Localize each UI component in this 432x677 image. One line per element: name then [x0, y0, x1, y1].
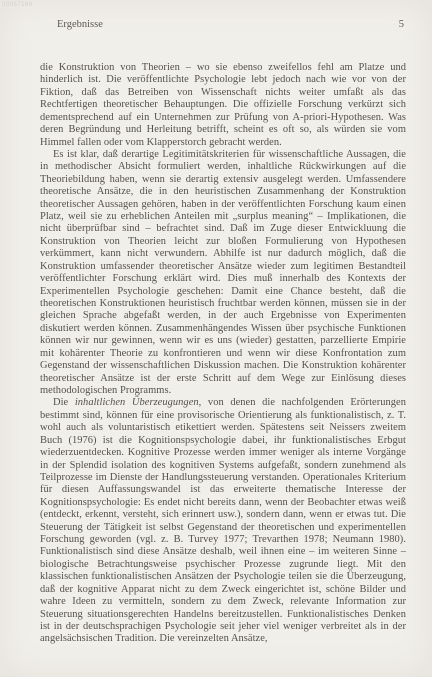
paragraph: die Konstruktion von Theorien – wo sie e… [40, 62, 406, 149]
paragraph-text: die Konstruktion von Theorien – wo sie e… [40, 62, 406, 148]
book-page: 00057186 Ergebnisse 5 die Konstruktion v… [0, 0, 432, 677]
page-body: die Konstruktion von Theorien – wo sie e… [40, 62, 406, 646]
page-number: 5 [399, 19, 404, 30]
running-header: Ergebnisse 5 [57, 19, 404, 30]
paragraph-text: Die [53, 397, 75, 408]
running-header-title: Ergebnisse [57, 19, 103, 30]
paragraph-text: , von denen die nachfolgenden Erörterung… [40, 397, 406, 644]
paragraph-text-emphasis: inhaltlichen Überzeugungen [75, 397, 199, 408]
paragraph: Die inhaltlichen Überzeugungen, von dene… [40, 397, 406, 645]
paragraph-text: Es ist klar, daß derartige Legitimitätsk… [40, 149, 406, 396]
paragraph: Es ist klar, daß derartige Legitimitätsk… [40, 149, 406, 397]
scan-watermark: 00057186 [2, 2, 33, 8]
